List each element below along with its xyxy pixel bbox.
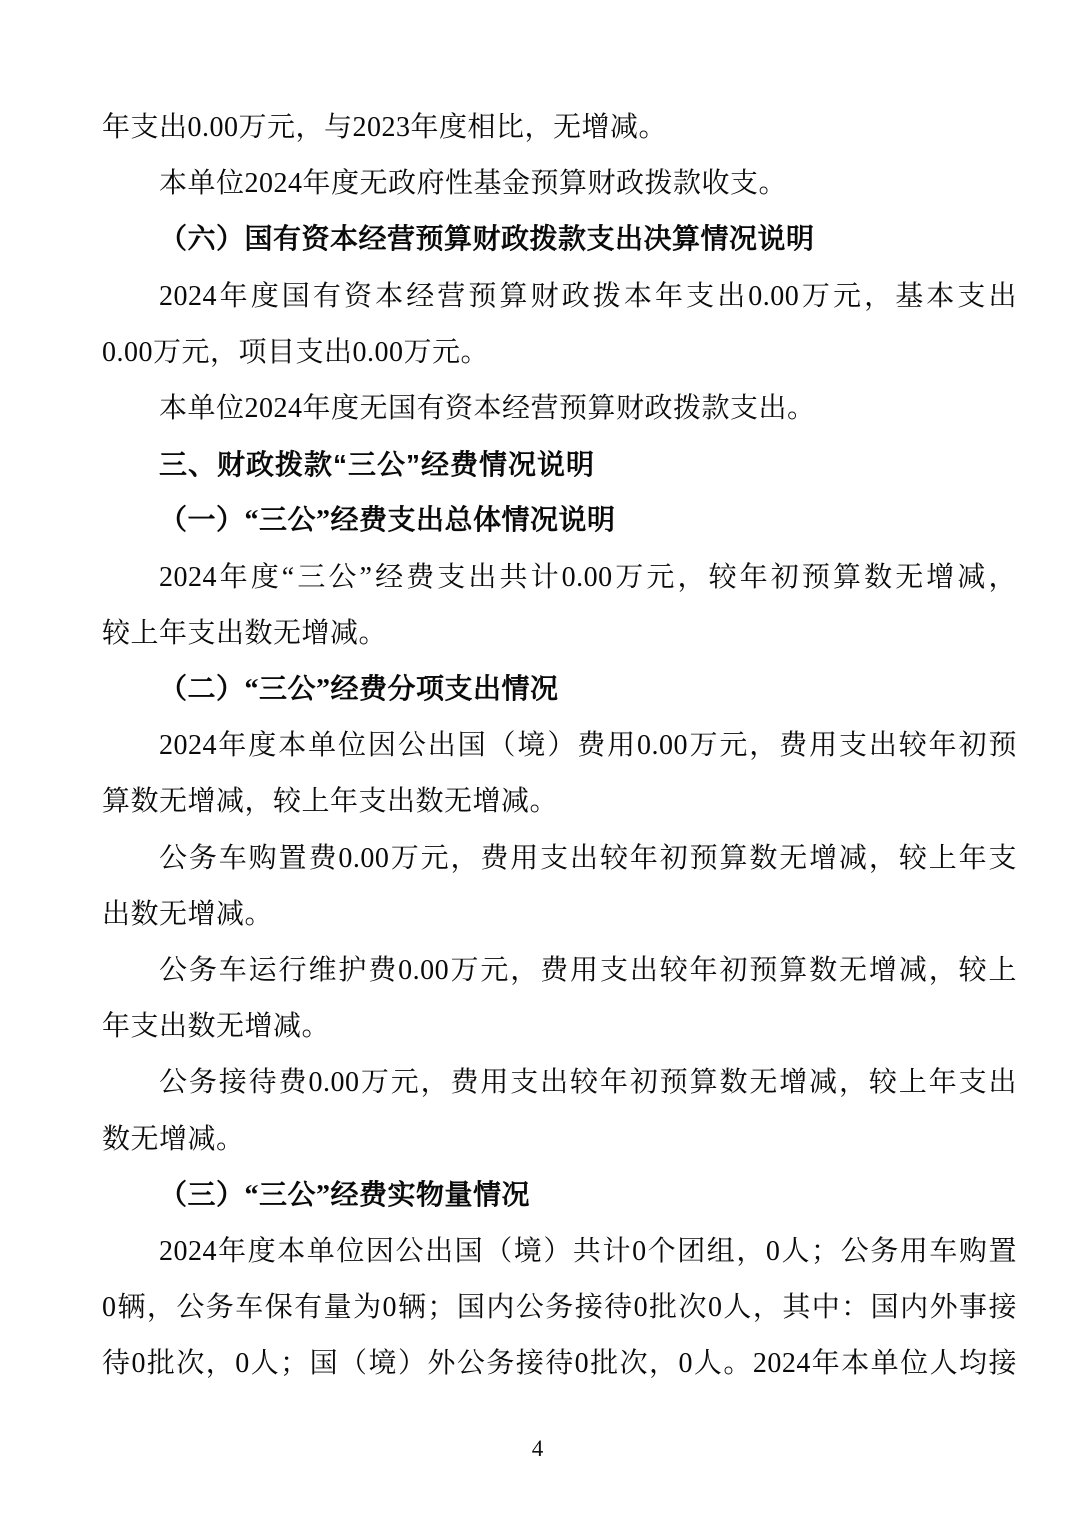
body-line: 2024年度本单位因公出国（境）费用0.00万元，费用支出较年初预 [102, 718, 1017, 774]
body-line: 出数无增减。 [102, 887, 1017, 943]
body-line: 待0批次，0人；国（境）外公务接待0批次，0人。2024年本单位人均接 [102, 1336, 1017, 1392]
body-line: 本单位2024年度无政府性基金预算财政拨款收支。 [102, 156, 1017, 212]
body-line: 2024年度本单位因公出国（境）共计0个团组，0人；公务用车购置 [102, 1224, 1017, 1280]
body-line: 算数无增减，较上年支出数无增减。 [102, 774, 1017, 830]
body-line: 数无增减。 [102, 1112, 1017, 1168]
body-line: 公务车运行维护费0.00万元，费用支出较年初预算数无增减，较上 [102, 943, 1017, 999]
heading-section-3-2: （二）“三公”经费分项支出情况 [102, 662, 1017, 718]
document-page: 年支出0.00万元，与2023年度相比，无增减。 本单位2024年度无政府性基金… [0, 0, 1075, 1520]
body-line: 公务接待费0.00万元，费用支出较年初预算数无增减，较上年支出 [102, 1055, 1017, 1111]
heading-section-6: （六）国有资本经营预算财政拨款支出决算情况说明 [102, 212, 1017, 268]
heading-section-3-1: （一）“三公”经费支出总体情况说明 [102, 493, 1017, 549]
document-body: 年支出0.00万元，与2023年度相比，无增减。 本单位2024年度无政府性基金… [102, 100, 1017, 1393]
body-line: 年支出数无增减。 [102, 999, 1017, 1055]
heading-section-3-3: （三）“三公”经费实物量情况 [102, 1168, 1017, 1224]
body-line: 年支出0.00万元，与2023年度相比，无增减。 [102, 100, 1017, 156]
body-line: 本单位2024年度无国有资本经营预算财政拨款支出。 [102, 381, 1017, 437]
heading-chapter-3: 三、财政拨款“三公”经费情况说明 [102, 437, 1017, 493]
body-line: 公务车购置费0.00万元，费用支出较年初预算数无增减，较上年支 [102, 831, 1017, 887]
body-line: 2024年度国有资本经营预算财政拨本年支出0.00万元，基本支出 [102, 269, 1017, 325]
body-line: 较上年支出数无增减。 [102, 606, 1017, 662]
body-line: 2024年度“三公”经费支出共计0.00万元，较年初预算数无增减， [102, 550, 1017, 606]
body-line: 0辆，公务车保有量为0辆；国内公务接待0批次0人，其中：国内外事接 [102, 1280, 1017, 1336]
page-number: 4 [0, 1436, 1075, 1462]
body-line: 0.00万元，项目支出0.00万元。 [102, 325, 1017, 381]
